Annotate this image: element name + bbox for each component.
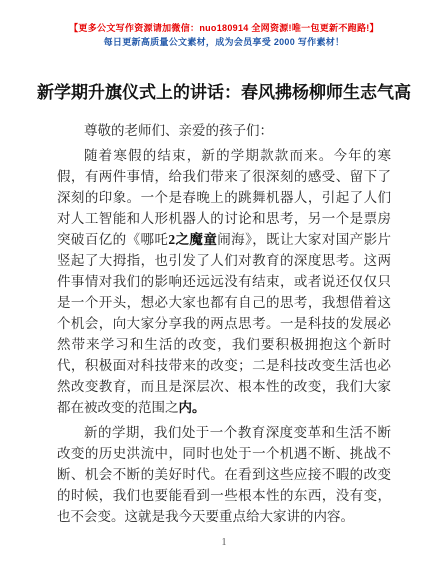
paragraph1-text-mid: 闹海》，既让大家对国产影片竖起了大拇指，也引发了人们对教育的深度思考。这两件事情… [57, 232, 391, 415]
body-paragraph-2: 新的学期，我们处于一个教育深度变革和生活不断改变的历史洪流中，同时也处于一个机遇… [57, 422, 391, 527]
promo-banner-line2: 每日更新高质量公文素材，成为会员享受 2000 写作素材！ [0, 36, 448, 50]
promo-banner: 【更多公文写作资源请加微信：nuo180914 全网资源!唯一包更新不跑路!】 … [0, 0, 448, 50]
promo-banner-line1: 【更多公文写作资源请加微信：nuo180914 全网资源!唯一包更新不跑路!】 [0, 22, 448, 36]
document-page: 【更多公文写作资源请加微信：nuo180914 全网资源!唯一包更新不跑路!】 … [0, 0, 448, 580]
document-title: 新学期升旗仪式上的讲话：春风拂杨柳师生志气高 [36, 81, 412, 106]
paragraph1-bold-ending: 内。 [179, 400, 206, 415]
document-body: 尊敬的老师们、亲爱的孩子们： 随着寒假的结束，新的学期款款而来。今年的寒假，有两… [57, 120, 391, 527]
body-paragraph-1: 随着寒假的结束，新的学期款款而来。今年的寒假，有两件事情，给我们带来了很深刻的感… [57, 145, 391, 418]
salutation-paragraph: 尊敬的老师们、亲爱的孩子们： [57, 120, 391, 141]
paragraph1-bold-movie-title: 2之魔童 [168, 232, 217, 247]
page-number: 1 [0, 537, 448, 548]
